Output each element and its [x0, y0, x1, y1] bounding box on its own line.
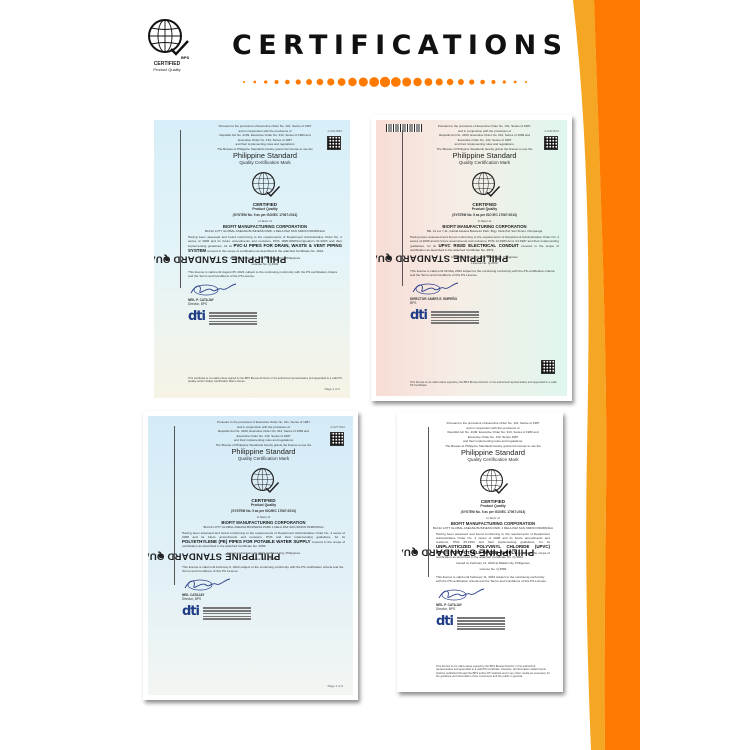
signer: DIRECTOR JAMES E. EMPEÑOBPS [410, 297, 563, 305]
divider-line [180, 130, 181, 288]
system-text: (SYSTEM No. 5 as per ISO IEC 17067:2013) [406, 213, 563, 217]
dot-divider [240, 76, 530, 88]
orange-stripe-decoration [560, 0, 650, 750]
signer: NEIL P. CATAJAYDirector, BPS [436, 603, 554, 611]
system-text: (SYSTEM No. 5 as per ISO/IEC 17067:2013) [178, 509, 349, 513]
mark-title: Philippine Standard [406, 152, 563, 160]
conformity-paragraph: Having been assessed and found conformin… [188, 235, 342, 253]
certified-globe-check-icon [477, 465, 509, 499]
certified-globe-check-icon [249, 168, 281, 202]
system-text: (SYSTEM No. 5 as per ISO/IEC 17067:2013) [432, 510, 554, 514]
divider-line [428, 427, 429, 577]
conformity-paragraph: Having been assessed and found conformin… [182, 531, 345, 548]
certificate-document: PHILIPPINE STANDARD QUALITY MARK LICENSE… [154, 120, 350, 398]
side-label: PHILIPPINE STANDARD QUALITY MARK LICENSE… [148, 416, 174, 695]
signature [188, 282, 238, 298]
footer-note: This license is not valid unless signed … [410, 381, 559, 388]
mark-title: Philippine Standard [178, 448, 349, 456]
dti-logo: dti [188, 311, 346, 326]
issued-date: Issued on February 10, 2021 at Makati Ci… [178, 551, 349, 556]
certified-product-quality-logo: BPS CERTIFIED Product Quality [145, 16, 201, 76]
validity-text: This license is valid until February 11,… [436, 575, 550, 583]
bps-label: BPS [181, 55, 189, 60]
conformity-paragraph: Having been assessed and found conformin… [436, 532, 550, 559]
company-address: Blk. 12 Lot 7-11, Global Aseana Business… [406, 229, 563, 234]
signer: NEIL CATAJAYDirector, BPS [182, 593, 349, 601]
system-text: (SYSTEM No. 5 as per ISO/IEC 17067:2013) [184, 213, 346, 217]
license-number: License No. Q-2872 [406, 261, 563, 266]
product-quality-label: Product Quality [184, 207, 346, 211]
product-quality-label: Product Quality [406, 207, 563, 211]
issued-date: Issued on 10 May 2019 at Makati City, Ph… [406, 255, 563, 260]
preamble-line: Pursuant to the provisions of Executive … [432, 421, 554, 426]
side-label: PHILIPPINE STANDARD QUALITY MARK LICENSE… [154, 120, 180, 398]
company-address: BLK12 LOT7 GLOBAL ASEANA BUSINESS PARK 1… [184, 229, 346, 234]
mark-title: Philippine Standard [184, 152, 346, 160]
certificate-card-pvc-u-dwv[interactable]: PHILIPPINE STANDARD QUALITY MARK LICENSE… [154, 120, 350, 398]
dti-logo: dti [182, 606, 349, 621]
signer: NEIL P. CATAJAYDirector, BPS [188, 298, 346, 306]
side-label: PHILIPPINE STANDARD QUALITY MARK LICENSE… [402, 417, 428, 687]
certificate-card-upvc-potable[interactable]: PHILIPPINE STANDARD QUALITY MARK LICENSE… [397, 412, 563, 692]
validity-text: This license is valid until February 9, … [182, 565, 345, 573]
conformity-paragraph: Having been assessed and found conformin… [410, 235, 559, 252]
certificate-card-upvc-conduit[interactable]: PHILIPPINE STANDARD QUALITY MARK LICENSE… [371, 115, 572, 401]
company-address: BLK12 LOT7 GLOBAL ASEANA BUSINESS PARK 1… [432, 526, 554, 531]
certificate-body: Pursuant to the provisions of Executive … [184, 124, 346, 394]
signature [410, 281, 460, 297]
validity-text: This license is valid until 09 May 2022 … [410, 269, 559, 277]
mark-subtitle: Quality Certification Mark [184, 160, 346, 166]
certificate-document: PHILIPPINE STANDARD QUALITY MARK LICENSE… [376, 120, 567, 396]
footer-note: This certificate is not valid unless sig… [188, 377, 342, 384]
certified-globe-check-icon [248, 464, 280, 498]
license-number: License No. Q-1942 [184, 262, 346, 267]
divider-line [402, 130, 403, 286]
page-number: Page 1 of 2 [328, 684, 343, 688]
signature [436, 587, 486, 603]
company-address: BLK12 LOT7 GLOBAL ASEANA BUSINESS PARK 1… [178, 525, 349, 530]
side-label: PHILIPPINE STANDARD QUALITY MARK LICENSE… [376, 120, 402, 396]
mark-title: Philippine Standard [432, 449, 554, 457]
certificate-document: PHILIPPINE STANDARD QUALITY MARK LICENSE… [148, 416, 353, 695]
dti-logo: dti [410, 310, 563, 325]
page-number: Page 1 of 2 [325, 387, 340, 391]
certificate-body: Pursuant to the provisions of Executive … [178, 420, 349, 691]
license-number: License No. Q-3069 [178, 557, 349, 562]
logo-caption-product-quality: Product Quality [145, 67, 189, 72]
product-quality-label: Product Quality [178, 503, 349, 507]
validity-text: This license is valid until August 05, 2… [188, 270, 342, 278]
certificate-body: Pursuant to the provisions of Executive … [432, 421, 554, 683]
dti-logo: dti [436, 616, 554, 631]
issued-date: Issued on February 12, 2020 at Makati Ci… [432, 561, 554, 566]
certificate-card-pe-pipes[interactable]: PHILIPPINE STANDARD QUALITY MARK LICENSE… [143, 411, 358, 700]
product-quality-label: Product Quality [432, 504, 554, 508]
mark-subtitle: Quality Certification Mark [432, 457, 554, 463]
dti-logo-text: dti [188, 311, 205, 323]
preamble-line: Republic Act No. 4109, Executive Order N… [432, 430, 554, 435]
mark-subtitle: Quality Certification Mark [178, 456, 349, 462]
certificate-document: PHILIPPINE STANDARD QUALITY MARK LICENSE… [402, 417, 558, 687]
qr-code-icon [541, 360, 555, 374]
dti-logo-text: dti [182, 606, 199, 618]
certified-globe-check-icon: BPS [145, 16, 189, 60]
license-number: License No. Q-3582 [432, 567, 554, 572]
divider-line [174, 426, 175, 585]
issued-date: Issued on October 5, 2021 at Makati City… [184, 256, 346, 261]
page-title: CERTIFICATIONS [232, 30, 568, 61]
mark-subtitle: Quality Certification Mark [406, 160, 563, 166]
certificate-body: Pursuant to the provisions of Executive … [406, 124, 563, 392]
certified-globe-check-icon [469, 168, 501, 202]
dti-logo-text: dti [436, 616, 453, 628]
logo-caption: CERTIFIED Product Quality [145, 62, 189, 72]
dti-logo-text: dti [410, 310, 427, 322]
signature [182, 577, 232, 593]
footer-note: This license is not valid unless signed … [436, 665, 550, 679]
